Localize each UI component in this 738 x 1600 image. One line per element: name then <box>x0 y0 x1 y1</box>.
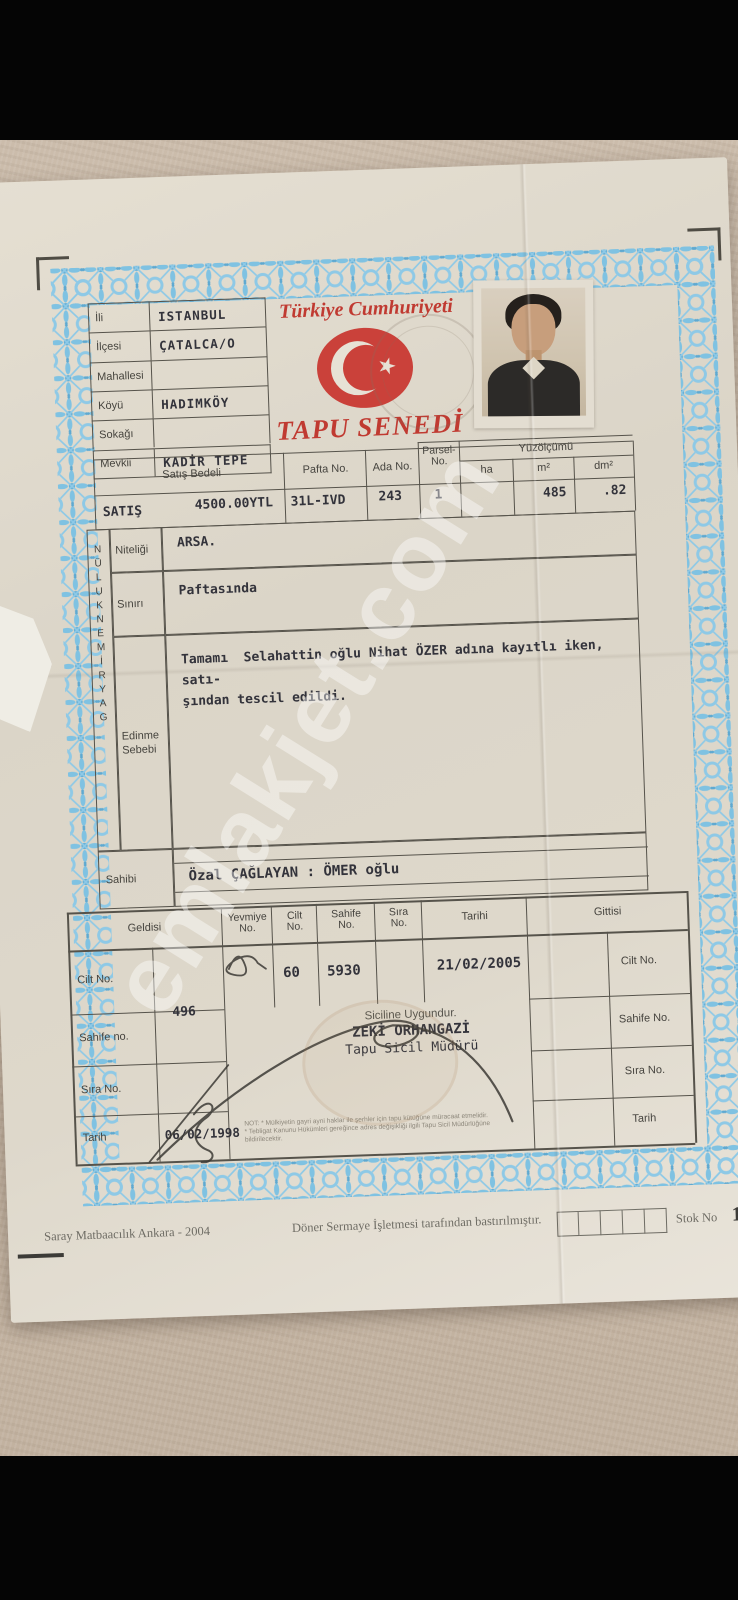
mahallesi-value <box>152 356 269 389</box>
bedel-value: 4500.00YTL <box>194 495 273 513</box>
parsel-value: 1 <box>434 487 442 502</box>
satis-type-value: SATIŞ <box>103 504 143 520</box>
mahallesi-label: Mahallesi <box>90 360 153 391</box>
portrait-face <box>511 304 555 356</box>
sira-no-label: Sıra No. <box>376 906 422 930</box>
m2-label: m² <box>514 461 572 475</box>
niteligi-label: Niteliği <box>109 527 163 573</box>
cilt-no-label: Cilt No. <box>273 910 317 933</box>
ili-value: ISTANBUL <box>150 297 267 330</box>
edinme-sebebi-value: Tamamı Selahattin oğlu Nihat ÖZER adına … <box>165 619 646 849</box>
right-cilt-label: Cilt No. <box>621 954 657 967</box>
ada-value: 243 <box>378 489 402 505</box>
dm2-label: dm² <box>575 459 631 473</box>
sahife-no-label: Sahife No. <box>318 908 375 932</box>
geldisi-sahife-value: 496 <box>172 1004 196 1020</box>
row-sahife-label: Sahife no. <box>79 1031 129 1045</box>
right-sira-label: Sıra No. <box>625 1064 666 1077</box>
m2-value: 485 <box>522 485 566 502</box>
koyu-label: Köyü <box>91 389 154 420</box>
ha-label: ha <box>461 463 511 477</box>
tarihi-value: 21/02/2005 <box>437 955 522 974</box>
ilcesi-value: ÇATALCA/O <box>151 327 268 360</box>
sahibi-value: Özal ÇAĞLAYAN : ÖMER oğlu <box>188 861 399 884</box>
pen-mark <box>18 1253 64 1259</box>
yuzolcumu-label: Yüzölçümü <box>459 439 633 457</box>
corner-bracket-top-right <box>687 227 721 261</box>
siniri-label: Sınırı <box>111 571 165 637</box>
photo-letterbox-bottom <box>0 1456 738 1600</box>
stok-value: 12 <box>731 1203 738 1227</box>
pafta-value: 31L-IVD <box>290 493 345 510</box>
parsel-label: Parsel- No. <box>419 445 460 468</box>
tapu-senedi-document: İli ISTANBUL İlçesi ÇATALCA/O Mahallesi … <box>0 157 738 1323</box>
ili-label: İli <box>88 301 151 332</box>
geldisi-label: Geldisi <box>67 919 221 936</box>
pafta-label: Pafta No. <box>287 462 363 477</box>
row-cilt-label: Cilt No. <box>77 973 113 986</box>
right-tarih-label: Tarih <box>632 1112 656 1125</box>
print-authority: Döner Sermaye İşletmesi tarafından bastı… <box>292 1212 542 1236</box>
cilt-value: 60 <box>283 965 300 982</box>
ilcesi-label: İlçesi <box>89 331 152 362</box>
corner-bracket-top-left <box>36 256 70 290</box>
ada-label: Ada No. <box>367 460 417 474</box>
row-tarih-label: Tarih <box>83 1131 107 1144</box>
geldisi-tarih-value: 06/02/1998 <box>164 1125 240 1143</box>
right-sahife-label: Sahife No. <box>619 1012 671 1026</box>
sahife-value: 5930 <box>327 962 361 979</box>
photo-letterbox-top <box>0 0 738 140</box>
location-info-table: İli ISTANBUL İlçesi ÇATALCA/O Mahallesi … <box>88 297 272 479</box>
row-sira-label: Sıra No. <box>81 1083 122 1096</box>
printer-credit: Saray Matbaacılık Ankara - 2004 <box>44 1224 210 1245</box>
sahibi-label: Sahibi <box>98 849 175 910</box>
gayrimenkulun-label: NÜLUKNEMİRYAG <box>92 544 109 726</box>
dm2-value: .82 <box>582 483 626 500</box>
stok-no-boxes <box>557 1208 668 1237</box>
koyu-value: HADIMKÖY <box>153 385 270 418</box>
edinme-sebebi-label: Edinme Sebebi <box>113 635 172 851</box>
stok-label: Stok No <box>676 1210 718 1226</box>
yevmiye-label: Yevmiye No. <box>223 912 272 936</box>
sokagi-label: Sokağı <box>92 419 155 450</box>
tarihi-label: Tarihi <box>423 909 526 925</box>
